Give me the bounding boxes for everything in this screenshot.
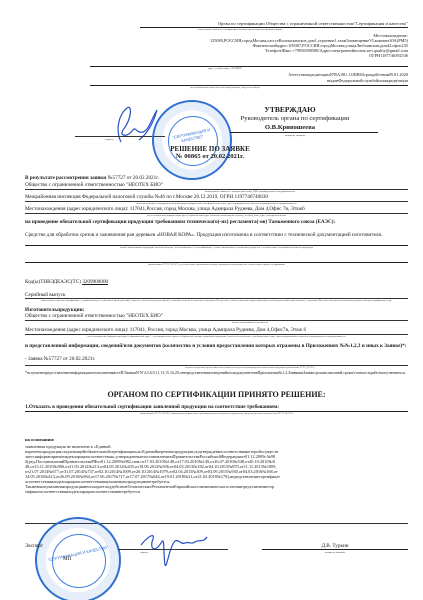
resolution-heading: ОРГАНОМ ПО СЕРТИФИКАЦИИ ПРИНЯТО РЕШЕНИЕ: — [25, 390, 408, 400]
accreditation-caption: регистрационный номер аттестата аккредит… — [150, 86, 300, 89]
expert-name-caption: инициалы, фамилия — [300, 551, 370, 554]
tnved-code: Код(ы)ТНВЭДЕАЭС(ТС) 3209900000 — [25, 279, 108, 285]
approver-position: Руководитель органа по сертификации — [225, 115, 365, 123]
batch-caption: наименование объекта сертификации – сери… — [25, 299, 408, 302]
manufacturer-address-caption: место нахождения (юридический адрес) и ф… — [25, 335, 408, 338]
manufacturer-caption: полное наименование изготовителя — [200, 321, 300, 324]
footnote: *вслучаенепредоставлениеинформацииоезапо… — [25, 371, 408, 376]
basis-text: заявленная продукция не включена в «Един… — [25, 444, 408, 494]
applicant-registration: Межрайонная инспекция Федеральной налого… — [25, 194, 268, 200]
documents-intro: и представленной информации, сведений/ил… — [25, 343, 408, 349]
ogrn: ОГРН1187746392536 — [120, 53, 408, 58]
organ-caption: наименование органа по сертификации, вкл… — [140, 28, 340, 31]
applicant-name: Общество с ограниченной ответственностью… — [25, 182, 163, 188]
expert-signature-line — [118, 549, 228, 550]
resolution-item-1: 1.Отказать в проведении обязательной сер… — [25, 404, 279, 410]
product-caption: полное наименование продукции, включая с… — [25, 246, 408, 249]
application-ref: №57727 от 20.02.2021г. — [106, 175, 159, 181]
certification-purpose: на проведение обязательной сертификации … — [25, 219, 408, 225]
accreditation-issuer: выданФедеральнойслужбойпоаккредитации — [120, 78, 408, 83]
decision-title: РЕШЕНИЕ ПО ЗАЯВКЕ — [160, 145, 260, 153]
divider — [230, 132, 378, 133]
applicant-address-caption: место нахождения (юридический адрес) и ф… — [25, 214, 408, 217]
expert-signature — [135, 525, 215, 575]
tnved-code-value: 3209900000 — [82, 279, 108, 285]
documents-caption: перечень сведений, предоставленных заяви… — [100, 366, 400, 369]
expert-signature-caption: подпись — [140, 551, 170, 554]
approver-name-caption: инициалы, фамилия — [275, 134, 315, 137]
approve-word: УТВЕРЖДАЮ — [230, 105, 350, 114]
organ-stamp-bottom: "СЕРТИФИКАЦИЯ И КАЧЕСТВО" — [35, 517, 121, 600]
decision-number: № 00865 от 20.02.2021г. — [160, 153, 260, 161]
basis-line: тификатасоответствияилидекларациисоответ… — [25, 489, 408, 494]
organ-title: Орган по сертификации Общества с огранич… — [140, 21, 408, 26]
stamp-place-label: МП — [63, 556, 71, 562]
divider — [262, 549, 408, 550]
resolution-item-caption: наименование ТР ТС (ЕАЭС), нормативных д… — [25, 412, 408, 415]
approver-name: О.В.Кривошеева — [230, 124, 350, 132]
regulation-caption: наименование ТР ТС (ЕАЭС), на соответств… — [25, 263, 408, 266]
expert-label: Эксперт — [25, 543, 43, 549]
approver-signature-caption: подпись — [105, 138, 125, 141]
organ-stamp-top: "СЕРТИФИКАЦИЯ И КАЧЕСТВО" — [152, 100, 232, 180]
result-line: В результате рассмотрения заявки №57727 … — [25, 175, 159, 181]
manufacturer-address: Местонахождения (адрес юридического лица… — [25, 327, 306, 333]
contacts-caption: адрес, телефон, факс, ОГРН(ИП) — [180, 67, 270, 70]
certification-decision-document: Орган по сертификации Общества с огранич… — [0, 0, 423, 600]
basis-label: на основании: — [25, 437, 55, 443]
accreditation: АттестатаккредитацииNºRA.RU.11ШВ65срокде… — [120, 72, 408, 77]
documents-item: - Заявка №57727 от 20.02.2021г. — [25, 356, 95, 362]
manufacturer-name: Общество с ограниченной ответственностью… — [25, 313, 163, 319]
product-description: Средство для обработки срезов и заживлен… — [25, 232, 385, 238]
registration-caption: включая сведения о государственной регис… — [25, 202, 408, 205]
applicant-caption: наименование заявителя - юридического ли… — [100, 190, 400, 193]
applicant-address: Местонахождения (адрес юридического лица… — [25, 206, 305, 212]
tnved-code-label: Код(ы)ТНВЭДЕАЭС(ТС) — [25, 279, 82, 285]
result-label: В результате рассмотрения заявки — [25, 175, 106, 181]
